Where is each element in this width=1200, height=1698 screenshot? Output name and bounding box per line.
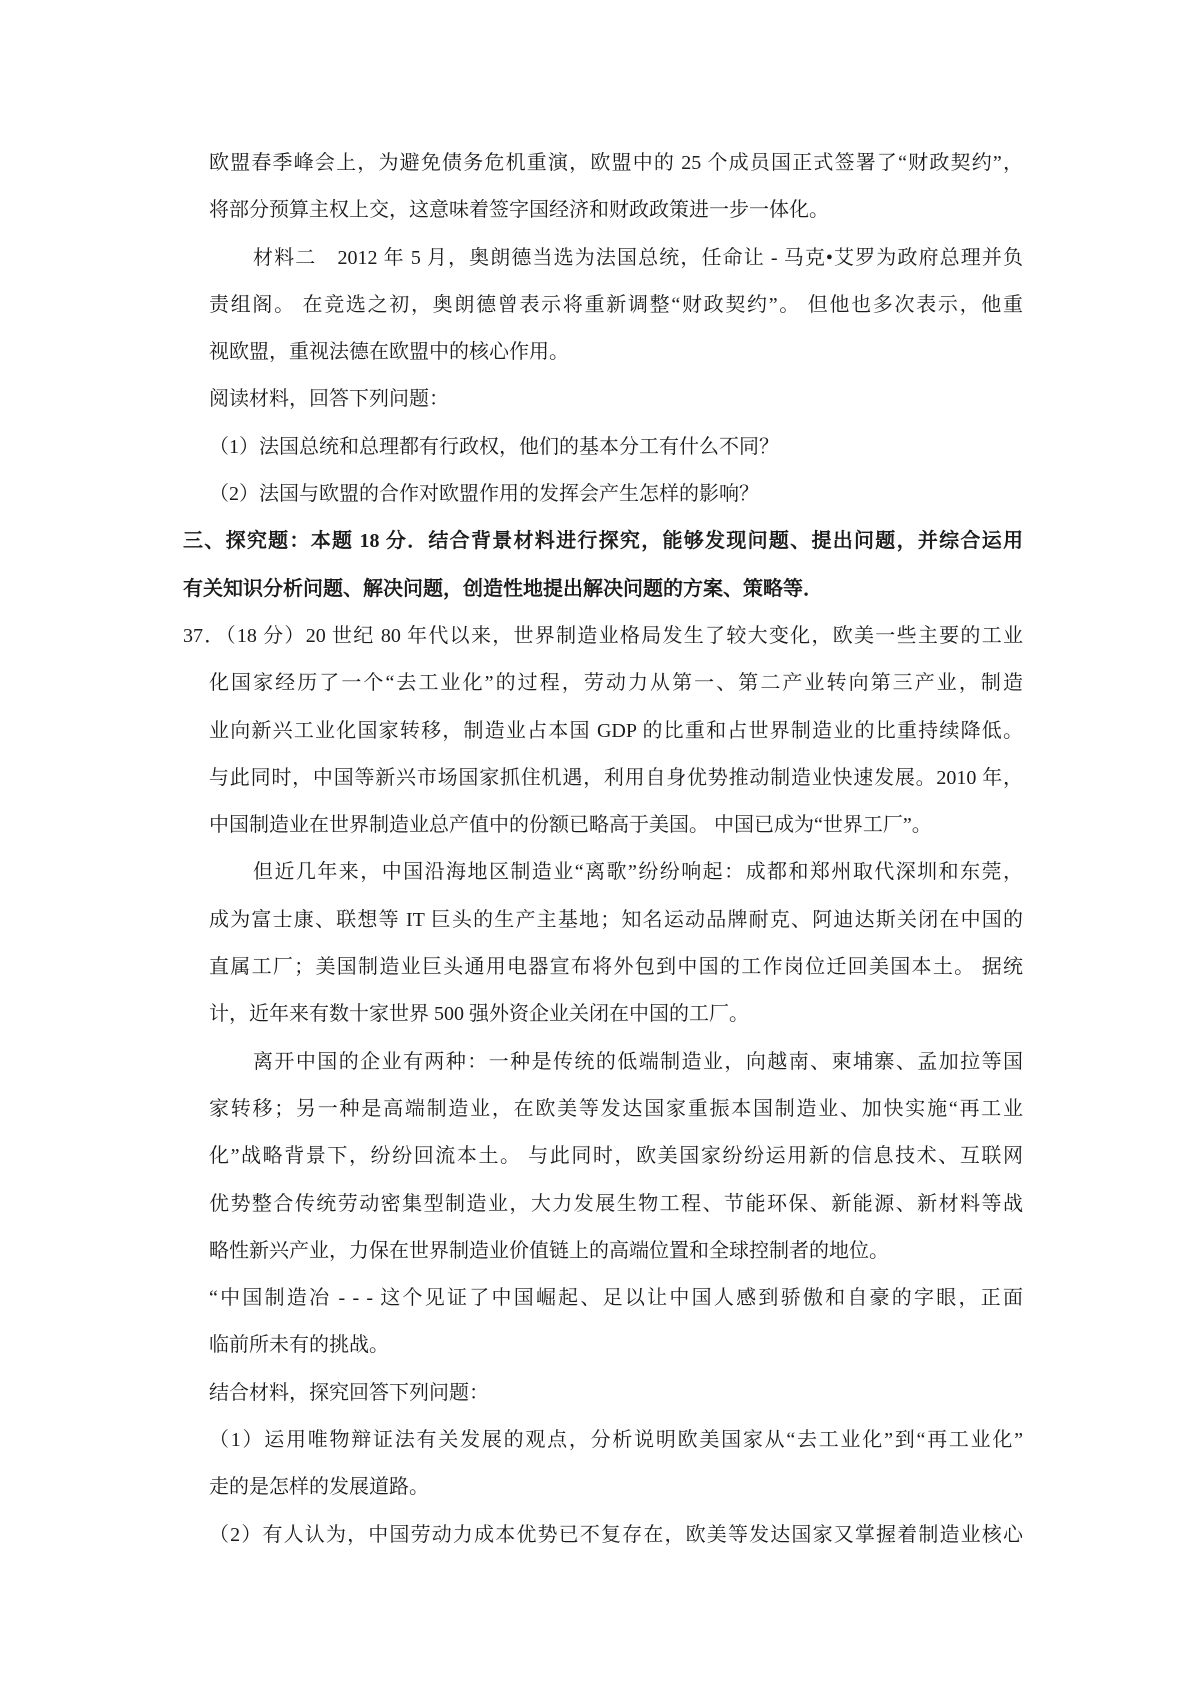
text-line: （2）法国与欧盟的合作对欧盟作用的发挥会产生怎样的影响？ — [183, 471, 1023, 518]
text-line: 成为富士康、联想等 IT 巨头的生产主基地；知名运动品牌耐克、阿迪达斯关闭在中国… — [183, 897, 1023, 944]
text-line: 临前所未有的挑战。 — [183, 1322, 1023, 1369]
exam-text-block: 欧盟春季峰会上，为避免债务危机重演，欧盟中的 25 个成员国正式签署了“财政契约… — [183, 140, 1023, 1559]
text-line: 与此同时，中国等新兴市场国家抓住机遇，利用自身优势推动制造业快速发展。2010 … — [183, 755, 1023, 802]
text-line: 三、探究题：本题 18 分．结合背景材料进行探究，能够发现问题、提出问题，并综合… — [183, 518, 1023, 565]
text-line: 责组阁。 在竞选之初，奥朗德曾表示将重新调整“财政契约”。 但他也多次表示，他重 — [183, 282, 1023, 329]
text-line: 略性新兴产业，力保在世界制造业价值链上的高端位置和全球控制者的地位。 — [183, 1228, 1023, 1275]
text-line: 化国家经历了一个“去工业化”的过程，劳动力从第一、第二产业转向第三产业，制造 — [183, 660, 1023, 707]
text-line: （2）有人认为，中国劳动力成本优势已不复存在，欧美等发达国家又掌握着制造业核心 — [183, 1512, 1023, 1559]
text-line: 家转移；另一种是高端制造业，在欧美等发达国家重振本国制造业、加快实施“再工业 — [183, 1086, 1023, 1133]
text-line: 视欧盟，重视法德在欧盟中的核心作用。 — [183, 329, 1023, 376]
text-line: 计，近年来有数十家世界 500 强外资企业关闭在中国的工厂。 — [183, 991, 1023, 1038]
document-page: 欧盟春季峰会上，为避免债务危机重演，欧盟中的 25 个成员国正式签署了“财政契约… — [0, 0, 1200, 1698]
text-line: 结合材料，探究回答下列问题： — [183, 1370, 1023, 1417]
text-line: 阅读材料，回答下列问题： — [183, 376, 1023, 423]
text-line: 37．（18 分）20 世纪 80 年代以来，世界制造业格局发生了较大变化，欧美… — [183, 613, 1023, 660]
text-line: 但近几年来，中国沿海地区制造业“离歌”纷纷响起：成都和郑州取代深圳和东莞， — [183, 849, 1023, 896]
text-line: 化”战略背景下，纷纷回流本土。 与此同时，欧美国家纷纷运用新的信息技术、互联网 — [183, 1133, 1023, 1180]
text-line: （1）法国总统和总理都有行政权，他们的基本分工有什么不同？ — [183, 424, 1023, 471]
text-line: 将部分预算主权上交，这意味着签字国经济和财政政策进一步一体化。 — [183, 187, 1023, 234]
text-line: 欧盟春季峰会上，为避免债务危机重演，欧盟中的 25 个成员国正式签署了“财政契约… — [183, 140, 1023, 187]
text-line: 离开中国的企业有两种：一种是传统的低端制造业，向越南、柬埔寨、孟加拉等国 — [183, 1039, 1023, 1086]
text-line: “中国制造冶 - - - 这个见证了中国崛起、足以让中国人感到骄傲和自豪的字眼，… — [183, 1275, 1023, 1322]
text-line: 走的是怎样的发展道路。 — [183, 1464, 1023, 1511]
text-line: 有关知识分析问题、解决问题，创造性地提出解决问题的方案、策略等． — [183, 566, 1023, 613]
text-line: 材料二 2012 年 5 月，奥朗德当选为法国总统，任命让 - 马克•艾罗为政府… — [183, 235, 1023, 282]
text-line: 中国制造业在世界制造业总产值中的份额已略高于美国。 中国已成为“世界工厂”。 — [183, 802, 1023, 849]
text-line: （1）运用唯物辩证法有关发展的观点，分析说明欧美国家从“去工业化”到“再工业化” — [183, 1417, 1023, 1464]
text-line: 优势整合传统劳动密集型制造业，大力发展生物工程、节能环保、新能源、新材料等战 — [183, 1181, 1023, 1228]
text-line: 直属工厂；美国制造业巨头通用电器宣布将外包到中国的工作岗位迁回美国本土。 据统 — [183, 944, 1023, 991]
text-line: 业向新兴工业化国家转移，制造业占本国 GDP 的比重和占世界制造业的比重持续降低… — [183, 708, 1023, 755]
